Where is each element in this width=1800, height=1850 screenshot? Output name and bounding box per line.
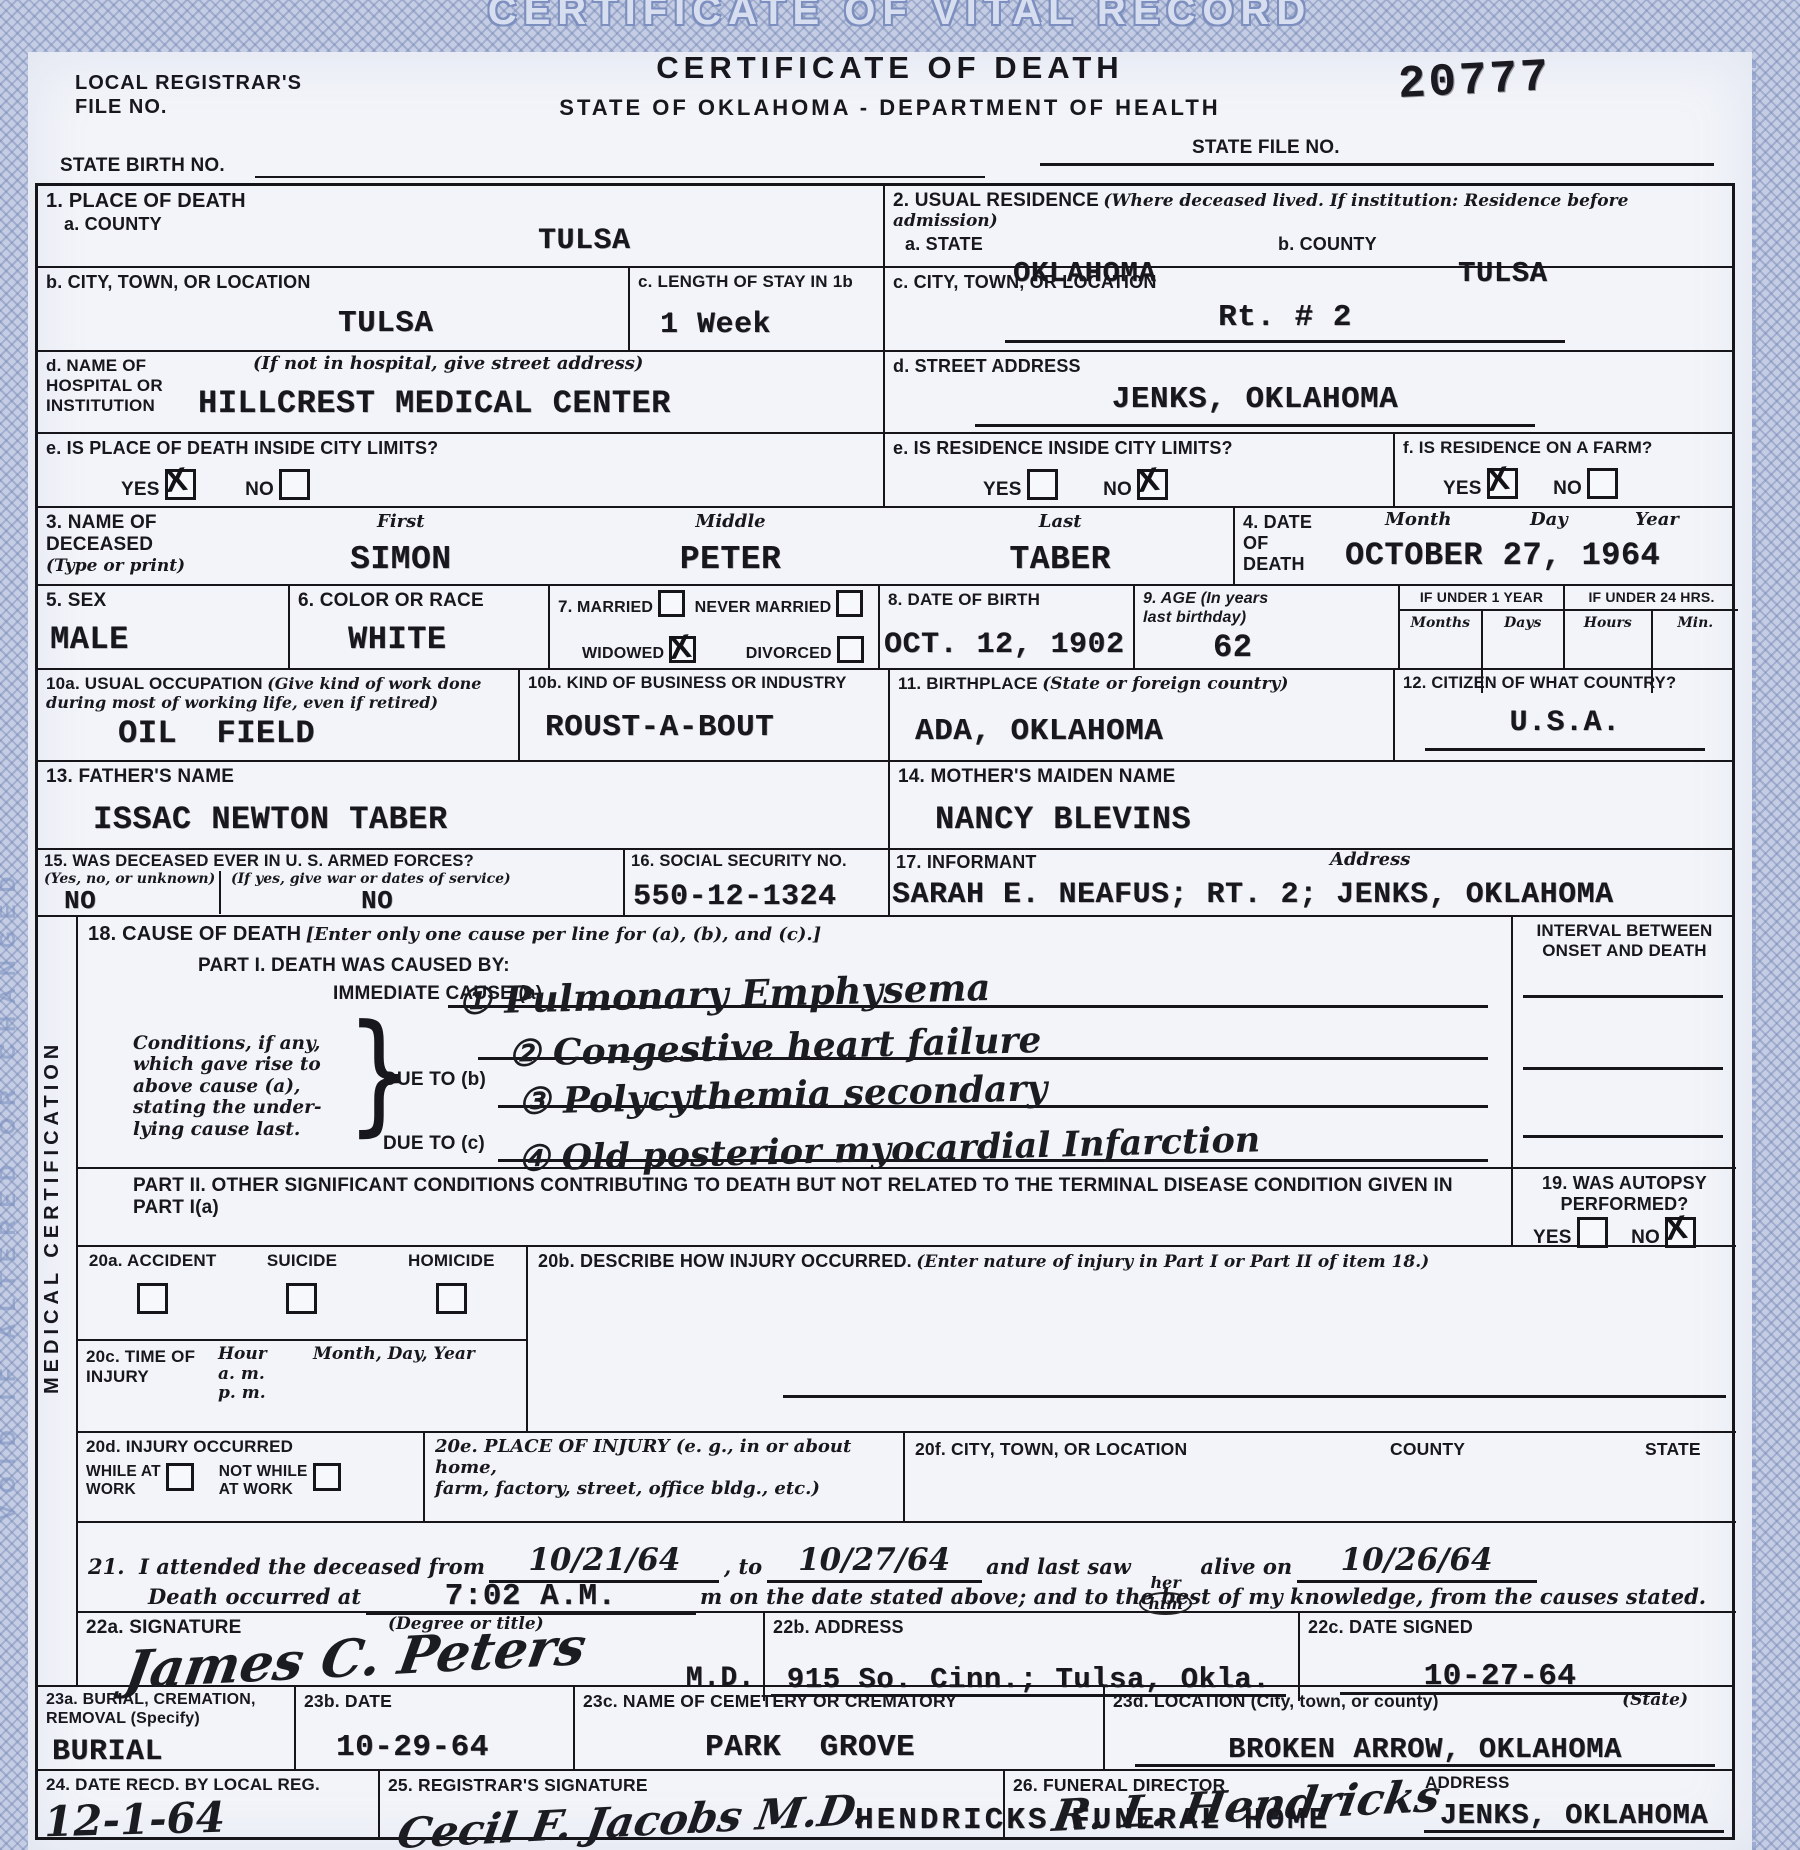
field-7-widowed-label: WIDOWED bbox=[582, 645, 664, 662]
field-1b-label: b. CITY, TOWN, OR LOCATION bbox=[46, 272, 620, 293]
death-occurred-label: Death occurred at bbox=[148, 1584, 361, 1609]
last-seen-date: 10/26/64 bbox=[1341, 1545, 1493, 1576]
checkbox-2e-no-mark: X bbox=[1135, 462, 1161, 497]
row-4: e. IS PLACE OF DEATH INSIDE CITY LIMITS?… bbox=[38, 432, 1732, 506]
field-19-yes-label: YES bbox=[1533, 1227, 1572, 1248]
field-2a-label: a. STATE bbox=[905, 234, 983, 254]
field-26-rule: JENKS, OKLAHOMA bbox=[1424, 1801, 1724, 1833]
band-content: 18. CAUSE OF DEATH [Enter only one cause… bbox=[78, 917, 1736, 1685]
under-24-header: IF UNDER 24 HRS. bbox=[1565, 586, 1738, 611]
col-20ac: 20a. ACCIDENT SUICIDE HOMICIDE bbox=[78, 1247, 526, 1431]
checkbox-1e-yes-mark: X bbox=[163, 462, 189, 497]
checkbox-1e-yes: X bbox=[165, 469, 196, 500]
attended-to-word: , to bbox=[724, 1554, 762, 1579]
field-23a-label: 23a. BURIAL, CREMATION, REMOVAL (Specify… bbox=[46, 1691, 286, 1729]
row-2: b. CITY, TOWN, OR LOCATION TULSA c. LENG… bbox=[38, 266, 1732, 350]
field-2e-city-limits: e. IS RESIDENCE INSIDE CITY LIMITS? YES … bbox=[883, 434, 1393, 506]
field-3-hint: (Type or print) bbox=[46, 557, 236, 577]
field-18-header: 18. CAUSE OF DEATH [Enter only one cause… bbox=[88, 923, 821, 947]
state-file-number-stamp: 20777 bbox=[1397, 54, 1552, 108]
field-2-title: 2. USUAL RESIDENCE bbox=[893, 190, 1099, 211]
field-23c-label: 23c. NAME OF CEMETERY OR CREMATORY bbox=[583, 1691, 1095, 1712]
row-18: 18. CAUSE OF DEATH [Enter only one cause… bbox=[78, 917, 1736, 1245]
field-17-informant: 17. INFORMANT Address SARAH E. NEAFUS; R… bbox=[888, 850, 1738, 915]
field-1e-yes-label: YES bbox=[121, 479, 160, 500]
field-1b-city: b. CITY, TOWN, OR LOCATION TULSA bbox=[38, 268, 628, 350]
field-1d-value: HILLCREST MEDICAL CENTER bbox=[198, 388, 671, 420]
field-22b-label: 22b. ADDRESS bbox=[773, 1617, 1290, 1638]
field-3-last-value: TABER bbox=[895, 543, 1225, 576]
field-23d-location: 23d. LOCATION (City, town, or county) (S… bbox=[1103, 1687, 1738, 1769]
field-26-value: JENKS, OKLAHOMA bbox=[1440, 1799, 1709, 1832]
field-1e-no-label: NO bbox=[245, 479, 274, 500]
checkbox-7-divorced bbox=[837, 636, 864, 663]
field-23d-rule: BROKEN ARROW, OKLAHOMA bbox=[1135, 1735, 1715, 1767]
field-20c-label: 20c. TIME OF INJURY bbox=[86, 1347, 195, 1387]
field-20c: 20c. TIME OF INJURY Hour a. m. p. m. Mon… bbox=[78, 1339, 526, 1431]
field-12-value: U.S.A. bbox=[1509, 706, 1620, 740]
field-2e-options: YES NOX bbox=[983, 469, 1385, 501]
field-10a-label: 10a. USUAL OCCUPATION bbox=[46, 674, 263, 693]
not-while-label: NOT WHILE AT WORK bbox=[219, 1463, 308, 1500]
checkbox-2e-no: X bbox=[1137, 469, 1168, 500]
medical-certification-strip: MEDICAL CERTIFICATION bbox=[38, 917, 78, 1685]
field-9-age: 9. AGE (In years last birthday) 62 bbox=[1133, 586, 1398, 668]
field-3-first-value: SIMON bbox=[236, 543, 566, 576]
under-1-year-header: IF UNDER 1 YEAR bbox=[1400, 586, 1563, 611]
attended-to: 10/27/64 bbox=[798, 1545, 950, 1576]
field-2d-value: JENKS, OKLAHOMA bbox=[1112, 382, 1399, 417]
title-block: CERTIFICATE OF DEATH STATE OF OKLAHOMA -… bbox=[390, 50, 1390, 121]
field-8-value: OCT. 12, 1902 bbox=[884, 630, 1125, 660]
checkbox-2f-yes: X bbox=[1487, 468, 1518, 499]
field-4-value: OCTOBER 27, 1964 bbox=[1345, 540, 1660, 572]
field-19-options: YES NOX bbox=[1533, 1217, 1701, 1249]
field-13-father: 13. FATHER'S NAME ISSAC NEWTON TABER bbox=[38, 762, 888, 848]
field-5-sex: 5. SEX MALE bbox=[38, 586, 288, 668]
row-3: d. NAME OF HOSPITAL OR INSTITUTION (If n… bbox=[38, 350, 1732, 432]
row-6: 5. SEX MALE 6. COLOR OR RACE WHITE 7. MA… bbox=[38, 584, 1732, 668]
field-2f-farm: f. IS RESIDENCE ON A FARM? YESX NO bbox=[1393, 434, 1738, 506]
field-20b-rule bbox=[783, 1395, 1726, 1398]
homicide-col: HOMICIDE bbox=[377, 1247, 526, 1339]
row-20ab: 20a. ACCIDENT SUICIDE HOMICIDE bbox=[78, 1245, 1736, 1431]
field-1d-hospital: d. NAME OF HOSPITAL OR INSTITUTION (If n… bbox=[38, 352, 883, 432]
field-1e-label: e. IS PLACE OF DEATH INSIDE CITY LIMITS? bbox=[46, 438, 875, 459]
field-9-label: 9. AGE (In years last birthday) bbox=[1143, 590, 1390, 628]
field-6-label: 6. COLOR OR RACE bbox=[298, 590, 540, 612]
state-birth-rule bbox=[255, 176, 985, 178]
last-seen-rule: 10/26/64 bbox=[1297, 1549, 1537, 1583]
field-6-value: WHITE bbox=[348, 624, 540, 656]
field-7-married-label: MARRIED bbox=[577, 599, 653, 616]
conditions-note: Conditions, if any, which gave rise to a… bbox=[133, 1033, 322, 1140]
field-2d-label: d. STREET ADDRESS bbox=[893, 356, 1730, 377]
field-5-value: MALE bbox=[50, 624, 280, 656]
field-23c-value: PARK GROVE bbox=[705, 1732, 915, 1763]
autopsy-divider bbox=[1513, 1167, 1736, 1169]
security-banner-text: CERTIFICATE OF VITAL RECORD bbox=[0, 0, 1800, 31]
death-time: 7:02 A.M. bbox=[445, 1579, 617, 1614]
field-19-no-label: NO bbox=[1631, 1227, 1660, 1248]
field-6-race: 6. COLOR OR RACE WHITE bbox=[288, 586, 548, 668]
field-20b-hint: (Enter nature of injury in Part I or Par… bbox=[916, 1252, 1429, 1272]
field-2b-label: b. COUNTY bbox=[1278, 234, 1377, 254]
field-3-middle-label: Middle bbox=[566, 512, 896, 533]
right-dashed-rule bbox=[1752, 60, 1756, 1850]
field-9-under-1-year: IF UNDER 1 YEAR Months Days bbox=[1398, 586, 1563, 668]
field-20a: 20a. ACCIDENT SUICIDE HOMICIDE bbox=[78, 1247, 526, 1339]
field-4-title: 4. DATE OF DEATH bbox=[1243, 512, 1312, 576]
suicide-col: SUICIDE bbox=[227, 1247, 376, 1339]
row-23: 23a. BURIAL, CREMATION, REMOVAL (Specify… bbox=[38, 1685, 1732, 1769]
field-13-value: ISSAC NEWTON TABER bbox=[93, 804, 448, 836]
field-1-title: 1. PLACE OF DEATH bbox=[46, 190, 246, 212]
cause-a-value: ① Pulmonary Emphysema bbox=[458, 969, 991, 1020]
checkbox-7-widowed: X bbox=[669, 636, 696, 663]
field-4-year-label: Year bbox=[1635, 510, 1679, 531]
field-3-label-block: 3. NAME OF DECEASED (Type or print) bbox=[46, 512, 236, 580]
field-20d-options: WHILE AT WORK NOT WHILE AT WORK bbox=[86, 1463, 415, 1500]
field-23b-date: 23b. DATE 10-29-64 bbox=[294, 1687, 573, 1769]
field-25-label: 25. REGISTRAR'S SIGNATURE bbox=[388, 1775, 995, 1796]
cause-c-line: ④ Old posterior myocardial Infarction bbox=[498, 1113, 1488, 1162]
field-2-residence: 2. USUAL RESIDENCE (Where deceased lived… bbox=[883, 186, 1738, 266]
field-18-title: 18. CAUSE OF DEATH bbox=[88, 923, 301, 945]
checkbox-19-no: X bbox=[1665, 1217, 1696, 1248]
checkbox-while-at-work bbox=[166, 1463, 194, 1491]
field-15-col2: (If yes, give war or dates of service) N… bbox=[219, 871, 617, 913]
checkbox-2f-no bbox=[1587, 468, 1618, 499]
field-15-label: 15. WAS DECEASED EVER IN U. S. ARMED FOR… bbox=[44, 852, 617, 871]
interval-line-1 bbox=[1523, 995, 1723, 998]
attended-to-rule: 10/27/64 bbox=[767, 1549, 982, 1583]
state-file-label: STATE FILE NO. bbox=[1192, 137, 1340, 159]
field-1a-value: TULSA bbox=[538, 226, 631, 256]
homicide-label: HOMICIDE bbox=[377, 1251, 526, 1271]
while-at-work-label: WHILE AT WORK bbox=[86, 1463, 161, 1500]
interval-line-2 bbox=[1523, 1067, 1723, 1070]
checkbox-7-widowed-mark: X bbox=[667, 629, 693, 664]
field-16-value: 550-12-1324 bbox=[633, 882, 837, 912]
accident-label: 20a. ACCIDENT bbox=[78, 1251, 227, 1271]
field-3-middle-col: Middle PETER bbox=[566, 512, 896, 580]
local-registrar-file-label: LOCAL REGISTRAR'S FILE NO. bbox=[75, 72, 302, 119]
death-occurred-post: m on the date stated above; and to the b… bbox=[700, 1584, 1706, 1609]
field-23c-cemetery: 23c. NAME OF CEMETERY OR CREMATORY PARK … bbox=[573, 1687, 1103, 1769]
field-11-label: 11. BIRTHPLACE bbox=[898, 674, 1038, 693]
row-20def: 20d. INJURY OCCURRED WHILE AT WORK NOT W… bbox=[78, 1431, 1736, 1521]
field-7-num: 7. bbox=[558, 597, 573, 616]
field-23a-burial: 23a. BURIAL, CREMATION, REMOVAL (Specify… bbox=[38, 1687, 294, 1769]
field-16-ssn: 16. SOCIAL SECURITY NO. 550-12-1324 bbox=[623, 850, 888, 915]
attended-from-rule: 10/21/64 bbox=[489, 1549, 719, 1583]
field-2e-label: e. IS RESIDENCE INSIDE CITY LIMITS? bbox=[893, 438, 1385, 459]
field-2e-no-label: NO bbox=[1103, 479, 1132, 500]
page-title: CERTIFICATE OF DEATH bbox=[390, 50, 1390, 87]
field-14-value: NANCY BLEVINS bbox=[935, 804, 1191, 836]
field-2c-rule: Rt. # 2 bbox=[1005, 302, 1565, 343]
field-18-title-hint: [Enter only one cause per line for (a), … bbox=[306, 924, 821, 945]
field-1e-options: YESX NO bbox=[121, 469, 875, 501]
field-4-month-label: Month bbox=[1385, 510, 1451, 531]
field-14-mother: 14. MOTHER'S MAIDEN NAME NANCY BLEVINS bbox=[888, 762, 1738, 848]
field-12-citizen: 12. CITIZEN OF WHAT COUNTRY? U.S.A. bbox=[1393, 670, 1738, 760]
field-17-address-label: Address bbox=[1330, 850, 1410, 871]
funeral-home-stamp: HENDRICKS FUNERAL HOME bbox=[855, 1805, 1330, 1836]
due-to-c-label: DUE TO (c) bbox=[383, 1133, 485, 1155]
field-13-label: 13. FATHER'S NAME bbox=[46, 766, 880, 788]
medical-certification-band: MEDICAL CERTIFICATION 18. CAUSE OF DEATH… bbox=[38, 915, 1732, 1685]
checkbox-19-no-mark: X bbox=[1663, 1210, 1689, 1245]
field-20d-label: 20d. INJURY OCCURRED bbox=[86, 1437, 415, 1457]
field-1c-length-of-stay: c. LENGTH OF STAY IN 1b 1 Week bbox=[628, 268, 883, 350]
field-17-value: SARAH E. NEAFUS; RT. 2; JENKS, OKLAHOMA bbox=[892, 880, 1614, 910]
field-12-label: 12. CITIZEN OF WHAT COUNTRY? bbox=[1403, 674, 1730, 693]
checkbox-2e-yes bbox=[1027, 469, 1058, 500]
checkbox-accident bbox=[137, 1283, 168, 1314]
checkbox-suicide bbox=[286, 1283, 317, 1314]
attended-pre: 21. I attended the deceased from bbox=[88, 1554, 485, 1579]
field-10b-label: 10b. KIND OF BUSINESS OR INDUSTRY bbox=[528, 674, 880, 693]
field-15-col1: (Yes, no, or unknown) NO bbox=[44, 871, 219, 913]
field-2f-label: f. IS RESIDENCE ON A FARM? bbox=[1403, 438, 1730, 458]
row-7: 10a. USUAL OCCUPATION (Give kind of work… bbox=[38, 668, 1732, 760]
field-24-date-recd: 24. DATE RECD. BY LOCAL REG. 12-1-64 bbox=[38, 1771, 378, 1837]
alive-on-label: alive on bbox=[1200, 1554, 1292, 1579]
field-20f-state: STATE bbox=[1645, 1439, 1701, 1460]
field-10b-value: ROUST-A-BOUT bbox=[545, 712, 774, 743]
field-24-label: 24. DATE RECD. BY LOCAL REG. bbox=[46, 1775, 370, 1795]
part2-label: PART II. OTHER SIGNIFICANT CONDITIONS CO… bbox=[133, 1175, 1503, 1220]
field-11-value: ADA, OKLAHOMA bbox=[915, 716, 1163, 747]
due-to-b-label: DUE TO (b) bbox=[383, 1069, 486, 1091]
part2-divider bbox=[78, 1167, 1511, 1169]
field-20e-label: 20e. PLACE OF INJURY (e. g., in or about… bbox=[435, 1437, 893, 1500]
field-7-row1: 7. MARRIED NEVER MARRIED bbox=[558, 590, 870, 618]
field-2f-options: YESX NO bbox=[1443, 468, 1730, 500]
cause-a-line: ① Pulmonary Emphysema bbox=[448, 967, 1488, 1008]
field-20f-label: 20f. CITY, TOWN, OR LOCATION bbox=[915, 1439, 1187, 1460]
field-3-last-label: Last bbox=[895, 512, 1225, 533]
field-15-hint2: (If yes, give war or dates of service) bbox=[231, 871, 617, 887]
field-4-date-of-death: 4. DATE OF DEATH Month Day Year OCTOBER … bbox=[1233, 508, 1738, 584]
field-10b-industry: 10b. KIND OF BUSINESS OR INDUSTRY ROUST-… bbox=[518, 670, 888, 760]
field-1a-label: a. COUNTY bbox=[64, 214, 875, 235]
left-edge-security-text: VOID IF ALTERED OR CHANGED bbox=[0, 620, 19, 1520]
field-2f-yes-label: YES bbox=[1443, 478, 1482, 499]
field-3-title: 3. NAME OF DECEASED bbox=[46, 512, 157, 555]
field-2f-no-label: NO bbox=[1553, 478, 1582, 499]
field-3-first-col: First SIMON bbox=[236, 512, 566, 580]
form-grid: 1. PLACE OF DEATH a. COUNTY TULSA 2. USU… bbox=[35, 183, 1735, 1840]
field-1c-label: c. LENGTH OF STAY IN 1b bbox=[638, 272, 875, 292]
row-1: 1. PLACE OF DEATH a. COUNTY TULSA 2. USU… bbox=[38, 186, 1732, 266]
field-5-label: 5. SEX bbox=[46, 590, 280, 612]
field-15-value2: NO bbox=[361, 886, 393, 916]
checkbox-7-married bbox=[658, 590, 685, 617]
state-hint: (State) bbox=[1622, 1691, 1688, 1711]
field-20b-label: 20b. DESCRIBE HOW INJURY OCCURRED. bbox=[538, 1251, 912, 1271]
page-subtitle: STATE OF OKLAHOMA - DEPARTMENT OF HEALTH bbox=[390, 95, 1390, 121]
field-24-value: 12-1-64 bbox=[43, 1797, 225, 1844]
field-2c-label: c. CITY, TOWN, OR LOCATION bbox=[893, 272, 1730, 293]
checkbox-1e-no bbox=[279, 469, 310, 500]
checkbox-7-never bbox=[836, 590, 863, 617]
checkbox-2f-yes-mark: X bbox=[1485, 461, 1511, 496]
field-23d-value: BROKEN ARROW, OKLAHOMA bbox=[1228, 1733, 1622, 1766]
field-1e-city-limits: e. IS PLACE OF DEATH INSIDE CITY LIMITS?… bbox=[38, 434, 883, 506]
field-12-rule: U.S.A. bbox=[1425, 708, 1705, 751]
field-18-cause: 18. CAUSE OF DEATH [Enter only one cause… bbox=[78, 917, 1511, 1245]
field-1a-county: 1. PLACE OF DEATH a. COUNTY TULSA bbox=[38, 186, 883, 266]
field-21-line2: Death occurred at 7:02 A.M. m on the dat… bbox=[148, 1581, 1706, 1615]
attended-from: 10/21/64 bbox=[528, 1545, 680, 1576]
field-20c-mdy: Month, Day, Year bbox=[313, 1345, 475, 1365]
field-16-label: 16. SOCIAL SECURITY NO. bbox=[631, 852, 882, 871]
field-11-hint: (State or foreign country) bbox=[1042, 674, 1288, 694]
field-22c-label: 22c. DATE SIGNED bbox=[1308, 1617, 1728, 1638]
field-9-value: 62 bbox=[1213, 632, 1390, 664]
interval-column: INTERVAL BETWEEN ONSET AND DEATH 19. WAS… bbox=[1511, 917, 1736, 1245]
field-19-label: 19. WAS AUTOPSY PERFORMED? bbox=[1513, 1173, 1736, 1215]
field-20f-county: COUNTY bbox=[1390, 1439, 1465, 1460]
field-3-name: 3. NAME OF DECEASED (Type or print) Firs… bbox=[38, 508, 1233, 584]
field-2c-city: c. CITY, TOWN, OR LOCATION Rt. # 2 bbox=[883, 268, 1738, 350]
row-9: 15. WAS DECEASED EVER IN U. S. ARMED FOR… bbox=[38, 848, 1732, 915]
row-5: 3. NAME OF DECEASED (Type or print) Firs… bbox=[38, 506, 1732, 584]
state-file-rule bbox=[1040, 163, 1714, 166]
field-10a-value: OIL FIELD bbox=[118, 718, 315, 750]
field-23a-value: BURIAL bbox=[52, 1737, 163, 1767]
checkbox-not-while bbox=[313, 1463, 341, 1491]
suicide-label: SUICIDE bbox=[227, 1251, 376, 1271]
field-1d-label: d. NAME OF HOSPITAL OR INSTITUTION bbox=[46, 356, 163, 416]
field-20b: 20b. DESCRIBE HOW INJURY OCCURRED. (Ente… bbox=[526, 1247, 1736, 1431]
field-2d-street: d. STREET ADDRESS JENKS, OKLAHOMA bbox=[883, 352, 1738, 432]
field-23b-label: 23b. DATE bbox=[304, 1691, 565, 1712]
field-3-last-col: Last TABER bbox=[895, 512, 1225, 580]
medical-certification-label: MEDICAL CERTIFICATION bbox=[42, 957, 62, 1477]
certificate-page: CERTIFICATE OF VITAL RECORD VOID IF ALTE… bbox=[0, 0, 1800, 1850]
cause-b-line: ③ Polycythemia secondary bbox=[498, 1039, 1488, 1108]
field-20d: 20d. INJURY OCCURRED WHILE AT WORK NOT W… bbox=[78, 1433, 423, 1521]
field-20c-hour: Hour a. m. p. m. bbox=[218, 1345, 267, 1404]
field-3-first-label: First bbox=[236, 512, 566, 533]
interval-line-3 bbox=[1523, 1135, 1723, 1138]
row-8: 13. FATHER'S NAME ISSAC NEWTON TABER 14.… bbox=[38, 760, 1732, 848]
field-2d-rule: JENKS, OKLAHOMA bbox=[975, 384, 1535, 427]
field-7-never-label: NEVER MARRIED bbox=[695, 599, 832, 616]
death-time-rule: 7:02 A.M. bbox=[366, 1581, 696, 1615]
field-7-divorced-label: DIVORCED bbox=[746, 645, 832, 662]
field-17-label: 17. INFORMANT bbox=[896, 852, 1037, 872]
last-saw-label: and last saw bbox=[986, 1554, 1131, 1579]
checkbox-homicide bbox=[436, 1283, 467, 1314]
field-15-armed-forces: 15. WAS DECEASED EVER IN U. S. ARMED FOR… bbox=[38, 850, 623, 915]
checkbox-19-yes bbox=[1577, 1217, 1608, 1248]
field-8-label: 8. DATE OF BIRTH bbox=[888, 590, 1125, 610]
field-1b-value: TULSA bbox=[338, 308, 434, 339]
field-10a-occupation: 10a. USUAL OCCUPATION (Give kind of work… bbox=[38, 670, 518, 760]
field-1c-value: 1 Week bbox=[660, 310, 771, 340]
field-15-value1: NO bbox=[64, 886, 96, 916]
state-birth-label: STATE BIRTH NO. bbox=[60, 155, 225, 177]
field-15-cols: (Yes, no, or unknown) NO (If yes, give w… bbox=[44, 871, 617, 913]
field-7-row2: WIDOWEDX DIVORCED bbox=[582, 636, 870, 664]
field-2c-value: Rt. # 2 bbox=[1218, 300, 1352, 335]
accident-col: 20a. ACCIDENT bbox=[78, 1247, 227, 1339]
field-9-under-24-hrs: IF UNDER 24 HRS. Hours Min. bbox=[1563, 586, 1738, 668]
field-11-birthplace: 11. BIRTHPLACE (State or foreign country… bbox=[888, 670, 1393, 760]
field-2e-yes-label: YES bbox=[983, 479, 1022, 500]
interval-label: INTERVAL BETWEEN ONSET AND DEATH bbox=[1513, 917, 1736, 961]
field-20f: 20f. CITY, TOWN, OR LOCATION COUNTY STAT… bbox=[903, 1433, 1736, 1521]
field-3-middle-value: PETER bbox=[566, 543, 896, 576]
field-14-label: 14. MOTHER'S MAIDEN NAME bbox=[898, 766, 1730, 788]
field-1d-hint: (If not in hospital, give street address… bbox=[253, 354, 643, 375]
field-23b-value: 10-29-64 bbox=[336, 1732, 489, 1763]
field-20e: 20e. PLACE OF INJURY (e. g., in or about… bbox=[423, 1433, 903, 1521]
field-21-attended: 21. I attended the deceased from 10/21/6… bbox=[78, 1521, 1736, 1611]
field-4-day-label: Day bbox=[1530, 510, 1568, 531]
field-8-dob: 8. DATE OF BIRTH OCT. 12, 1902 bbox=[878, 586, 1133, 668]
field-7-marital: 7. MARRIED NEVER MARRIED WIDOWEDX DIVORC… bbox=[548, 586, 878, 668]
